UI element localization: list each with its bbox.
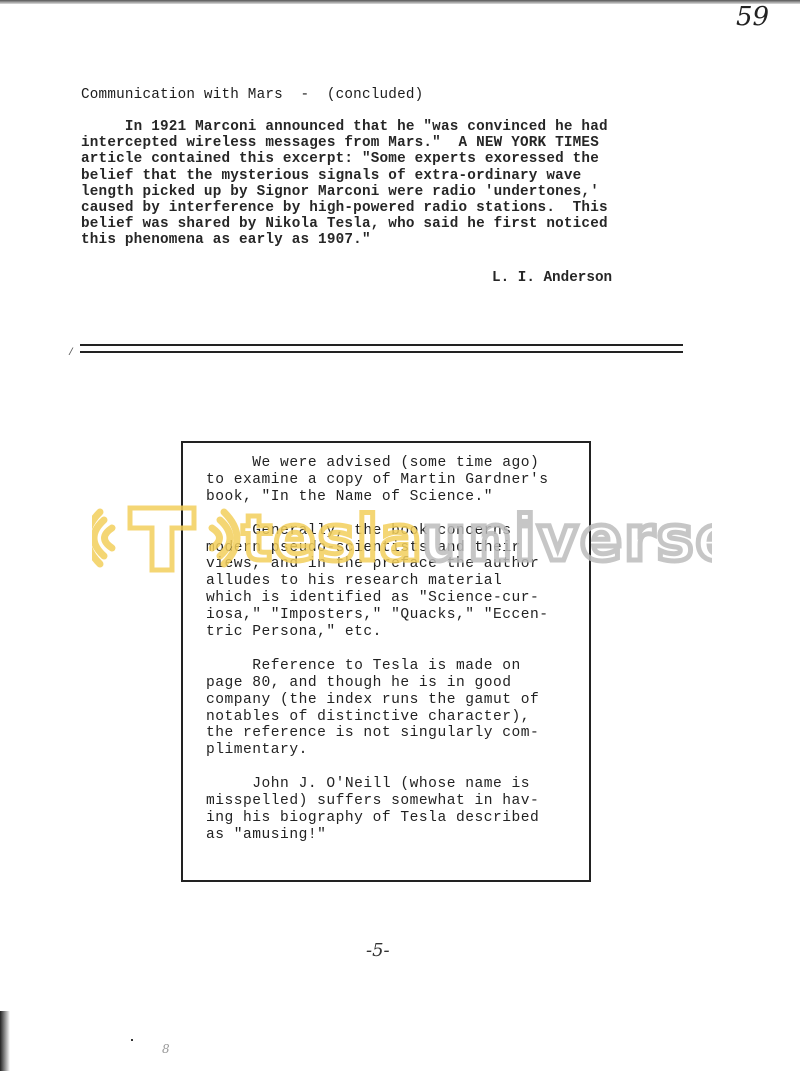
article-line: this phenomena as early as 1907."	[81, 232, 691, 248]
stray-mark: /	[68, 348, 74, 359]
scan-top-edge	[0, 0, 800, 4]
article-line: intercepted wireless messages from Mars.…	[81, 135, 691, 151]
divider-rule-bottom	[80, 351, 683, 353]
note-paragraph: We were advised (some time ago) to exami…	[206, 455, 549, 506]
pencil-mark: 8	[162, 1042, 170, 1056]
article-line: In 1921 Marconi announced that he "was c…	[81, 119, 691, 135]
article-signature: L. I. Anderson	[492, 270, 612, 286]
folio-page-number: -5-	[366, 940, 390, 961]
article-body: In 1921 Marconi announced that he "was c…	[81, 119, 691, 249]
article-line: caused by interference by high-powered r…	[81, 200, 691, 216]
note-paragraph: Generally, the book concerns modern pseu…	[206, 523, 549, 641]
article-line: belief that the mysterious signals of ex…	[81, 168, 691, 184]
article-line: belief was shared by Nikola Tesla, who s…	[81, 216, 691, 232]
scan-left-edge	[0, 1011, 10, 1071]
article-title: Communication with Mars - (concluded)	[81, 87, 423, 103]
article-line: length picked up by Signor Marconi were …	[81, 184, 691, 200]
handwritten-page-number: 59	[736, 2, 769, 32]
ink-speck	[131, 1039, 133, 1041]
divider-rule-top	[80, 344, 683, 346]
note-paragraph: Reference to Tesla is made on page 80, a…	[206, 658, 549, 759]
article-line: article contained this excerpt: "Some ex…	[81, 151, 691, 167]
note-paragraph: John J. O'Neill (whose name is misspelle…	[206, 776, 549, 844]
boxed-note-text: We were advised (some time ago) to exami…	[206, 455, 549, 861]
